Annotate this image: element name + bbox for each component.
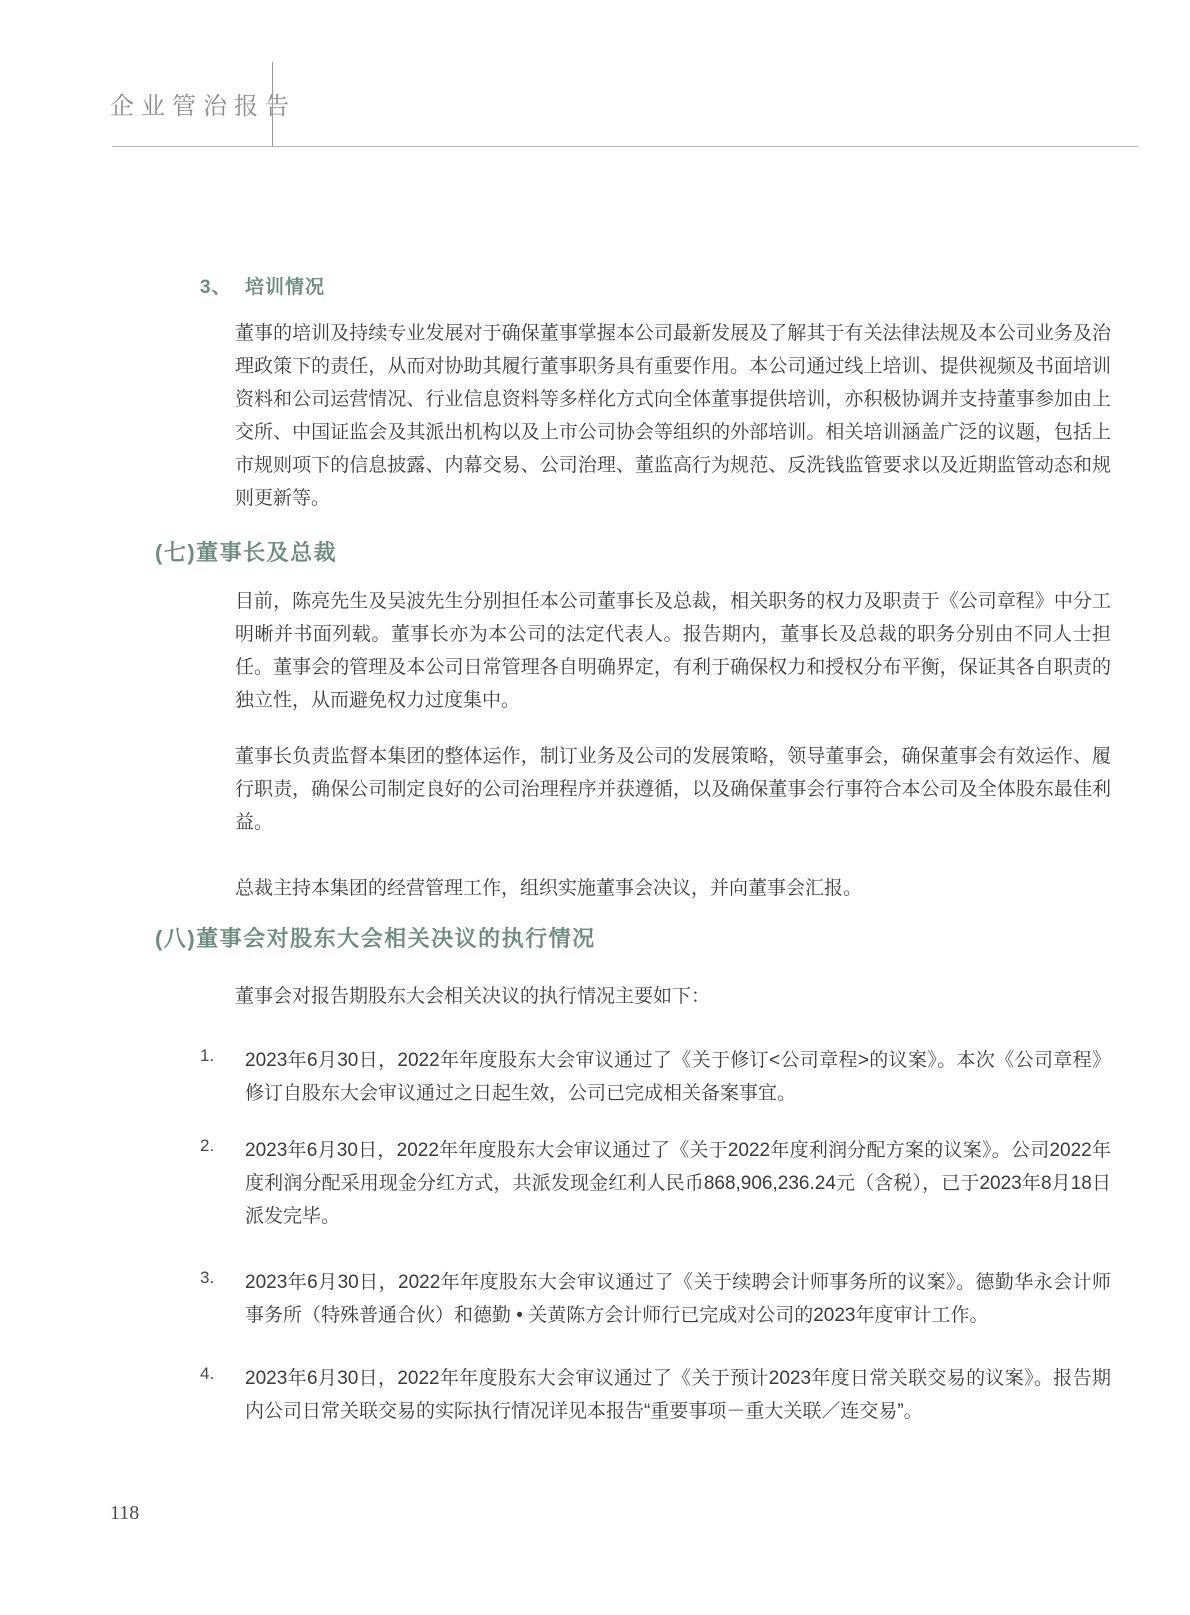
chairman-paragraph-1: 目前，陈亮先生及吴波先生分别担任本公司董事长及总裁，相关职务的权力及职责于《公司… — [235, 585, 1111, 717]
list-item-text: 2023年6月30日，2022年年度股东大会审议通过了《关于修订<公司章程>的议… — [245, 1044, 1111, 1110]
list-item-text: 2023年6月30日，2022年年度股东大会审议通过了《关于预计2023年度日常… — [245, 1362, 1111, 1428]
training-section-title: 培训情况 — [245, 277, 325, 298]
training-section-number: 3、 — [200, 272, 245, 299]
chairman-paragraph-3: 总裁主持本集团的经营管理工作，组织实施董事会决议，并向董事会汇报。 — [235, 872, 1111, 905]
resolution-list-item: 3. 2023年6月30日，2022年年度股东大会审议通过了《关于续聘会计师事务… — [200, 1266, 1111, 1332]
resolution-list-item: 2. 2023年6月30日，2022年年度股东大会审议通过了《关于2022年度利… — [200, 1134, 1111, 1233]
chairman-section-title: (七)董事长及总裁 — [155, 536, 337, 567]
list-item-number: 2. — [200, 1136, 214, 1156]
page-number: 118 — [110, 1502, 139, 1525]
list-item-number: 4. — [200, 1364, 214, 1384]
header-rule — [112, 146, 1138, 147]
list-item-text: 2023年6月30日，2022年年度股东大会审议通过了《关于续聘会计师事务所的议… — [245, 1266, 1111, 1332]
resolution-list-item: 1. 2023年6月30日，2022年年度股东大会审议通过了《关于修订<公司章程… — [200, 1044, 1111, 1110]
resolution-list-item: 4. 2023年6月30日，2022年年度股东大会审议通过了《关于预计2023年… — [200, 1362, 1111, 1428]
list-item-text: 2023年6月30日，2022年年度股东大会审议通过了《关于2022年度利润分配… — [245, 1134, 1111, 1233]
list-item-number: 1. — [200, 1046, 214, 1066]
list-item-number: 3. — [200, 1268, 214, 1288]
header-title: 企业管治报告 — [110, 86, 296, 121]
resolution-section-title: (八)董事会对股东大会相关决议的执行情况 — [155, 922, 596, 953]
resolution-section-intro: 董事会对报告期股东大会相关决议的执行情况主要如下： — [235, 980, 1111, 1013]
document-page: 企业管治报告 3、培训情况 董事的培训及持续专业发展对于确保董事掌握本公司最新发… — [0, 0, 1190, 1615]
training-section-heading: 3、培训情况 — [200, 272, 325, 299]
chairman-paragraph-2: 董事长负责监督本集团的整体运作，制订业务及公司的发展策略，领导董事会，确保董事会… — [235, 740, 1111, 839]
training-section-body: 董事的培训及持续专业发展对于确保董事掌握本公司最新发展及了解其于有关法律法规及本… — [235, 317, 1111, 515]
header-vertical-divider — [272, 62, 273, 146]
